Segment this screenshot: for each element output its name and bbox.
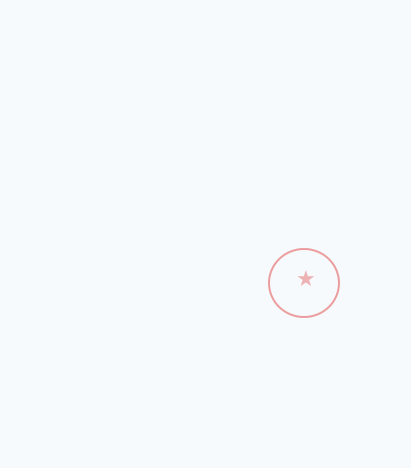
document-page xyxy=(0,0,411,468)
seal-star-icon: ★ xyxy=(296,267,316,292)
